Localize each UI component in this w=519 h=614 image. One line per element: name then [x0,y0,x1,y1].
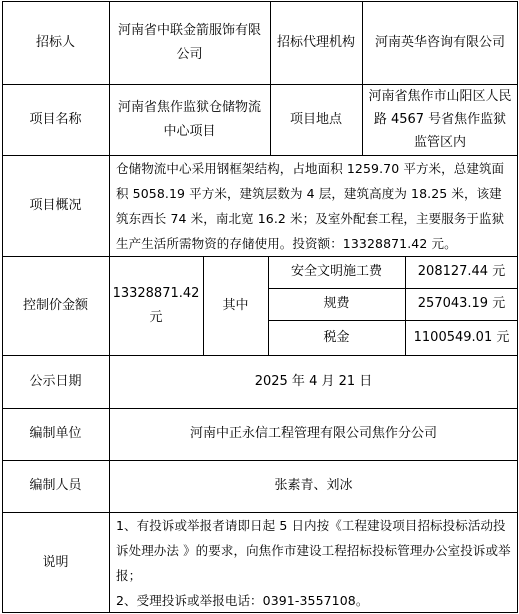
label-compiler-unit-text: 编制单位 [29,422,81,446]
label-publish-date-text: 公示日期 [29,370,81,394]
label-regulatory-fee: 规费 [268,288,406,321]
label-control-price: 控制价金额 [2,256,110,356]
safety-fee-value: 208127.44 元 [405,256,518,289]
safety-fee-value-text: 208127.44 元 [418,260,505,284]
label-project-name: 项目名称 [2,84,110,156]
label-publish-date: 公示日期 [2,355,110,409]
label-among-text: 其中 [222,294,248,318]
compiler-staff-text: 张素青、刘冰 [274,474,352,498]
label-overview: 项目概况 [2,155,110,257]
project-name-value: 河南省焦作监狱仓储物流中心项目 [109,84,271,156]
label-among: 其中 [203,256,269,356]
compiler-unit-value: 河南中正永信工程管理有限公司焦作分公司 [109,408,518,461]
label-control-price-text: 控制价金额 [23,294,88,318]
tenderer-value: 河南省中联金箭服饰有限公司 [109,1,271,85]
compiler-unit-text: 河南中正永信工程管理有限公司焦作分公司 [190,422,437,446]
label-compiler-staff-text: 编制人员 [29,474,81,498]
agency-value: 河南英华咨询有限公司 [362,1,518,85]
tenderer-text: 河南省中联金箭服饰有限公司 [115,19,264,67]
notes-line-2: 2、受理投诉或举报电话：0391-3557108。 [116,588,368,613]
label-tenderer: 招标人 [2,1,110,85]
compiler-staff-value: 张素青、刘冰 [109,460,518,513]
label-compiler-staff: 编制人员 [2,460,110,513]
regulatory-fee-label-text: 规费 [323,292,349,316]
safety-fee-label-text: 安全文明施工费 [291,260,382,284]
notes-line-1: 1、有投诉或举报者请即日起 5 日内按《工程建设项目招标投标活动投诉处理办法 》… [116,513,514,588]
label-agency: 招标代理机构 [270,1,363,85]
label-tenderer-text: 招标人 [36,31,75,55]
label-agency-text: 招标代理机构 [277,31,355,55]
label-project-name-text: 项目名称 [29,108,81,132]
location-text: 河南省焦作市山阳区人民路 4567 号省焦作监狱监管区内 [368,85,512,154]
tax-value: 1100549.01 元 [405,320,518,356]
project-name-text: 河南省焦作监狱仓储物流中心项目 [115,96,264,144]
regulatory-fee-value-text: 257043.19 元 [418,292,505,316]
tax-value-text: 1100549.01 元 [414,326,510,350]
overview-value: 仓储物流中心采用钢框架结构，占地面积 1259.70 平方米，总建筑面积 505… [109,155,518,257]
tax-label-text: 税金 [323,326,349,350]
label-compiler-unit: 编制单位 [2,408,110,461]
publish-date-value: 2025 年 4 月 21 日 [109,355,518,409]
agency-text: 河南英华咨询有限公司 [375,31,505,55]
control-price-text: 13328871.42 元 [113,282,200,330]
regulatory-fee-value: 257043.19 元 [405,288,518,321]
label-location-text: 项目地点 [290,108,342,132]
label-safety-fee: 安全文明施工费 [268,256,406,289]
publish-date-text: 2025 年 4 月 21 日 [255,370,373,394]
label-notes-text: 说明 [42,551,68,575]
label-location: 项目地点 [270,84,363,156]
control-price-value: 13328871.42 元 [109,256,204,356]
location-value: 河南省焦作市山阳区人民路 4567 号省焦作监狱监管区内 [362,84,518,156]
label-overview-text: 项目概况 [29,194,81,218]
label-tax: 税金 [268,320,406,356]
label-notes: 说明 [2,512,110,613]
overview-text: 仓储物流中心采用钢框架结构，占地面积 1259.70 平方米，总建筑面积 505… [116,156,514,256]
notes-value: 1、有投诉或举报者请即日起 5 日内按《工程建设项目招标投标活动投诉处理办法 》… [109,512,518,613]
